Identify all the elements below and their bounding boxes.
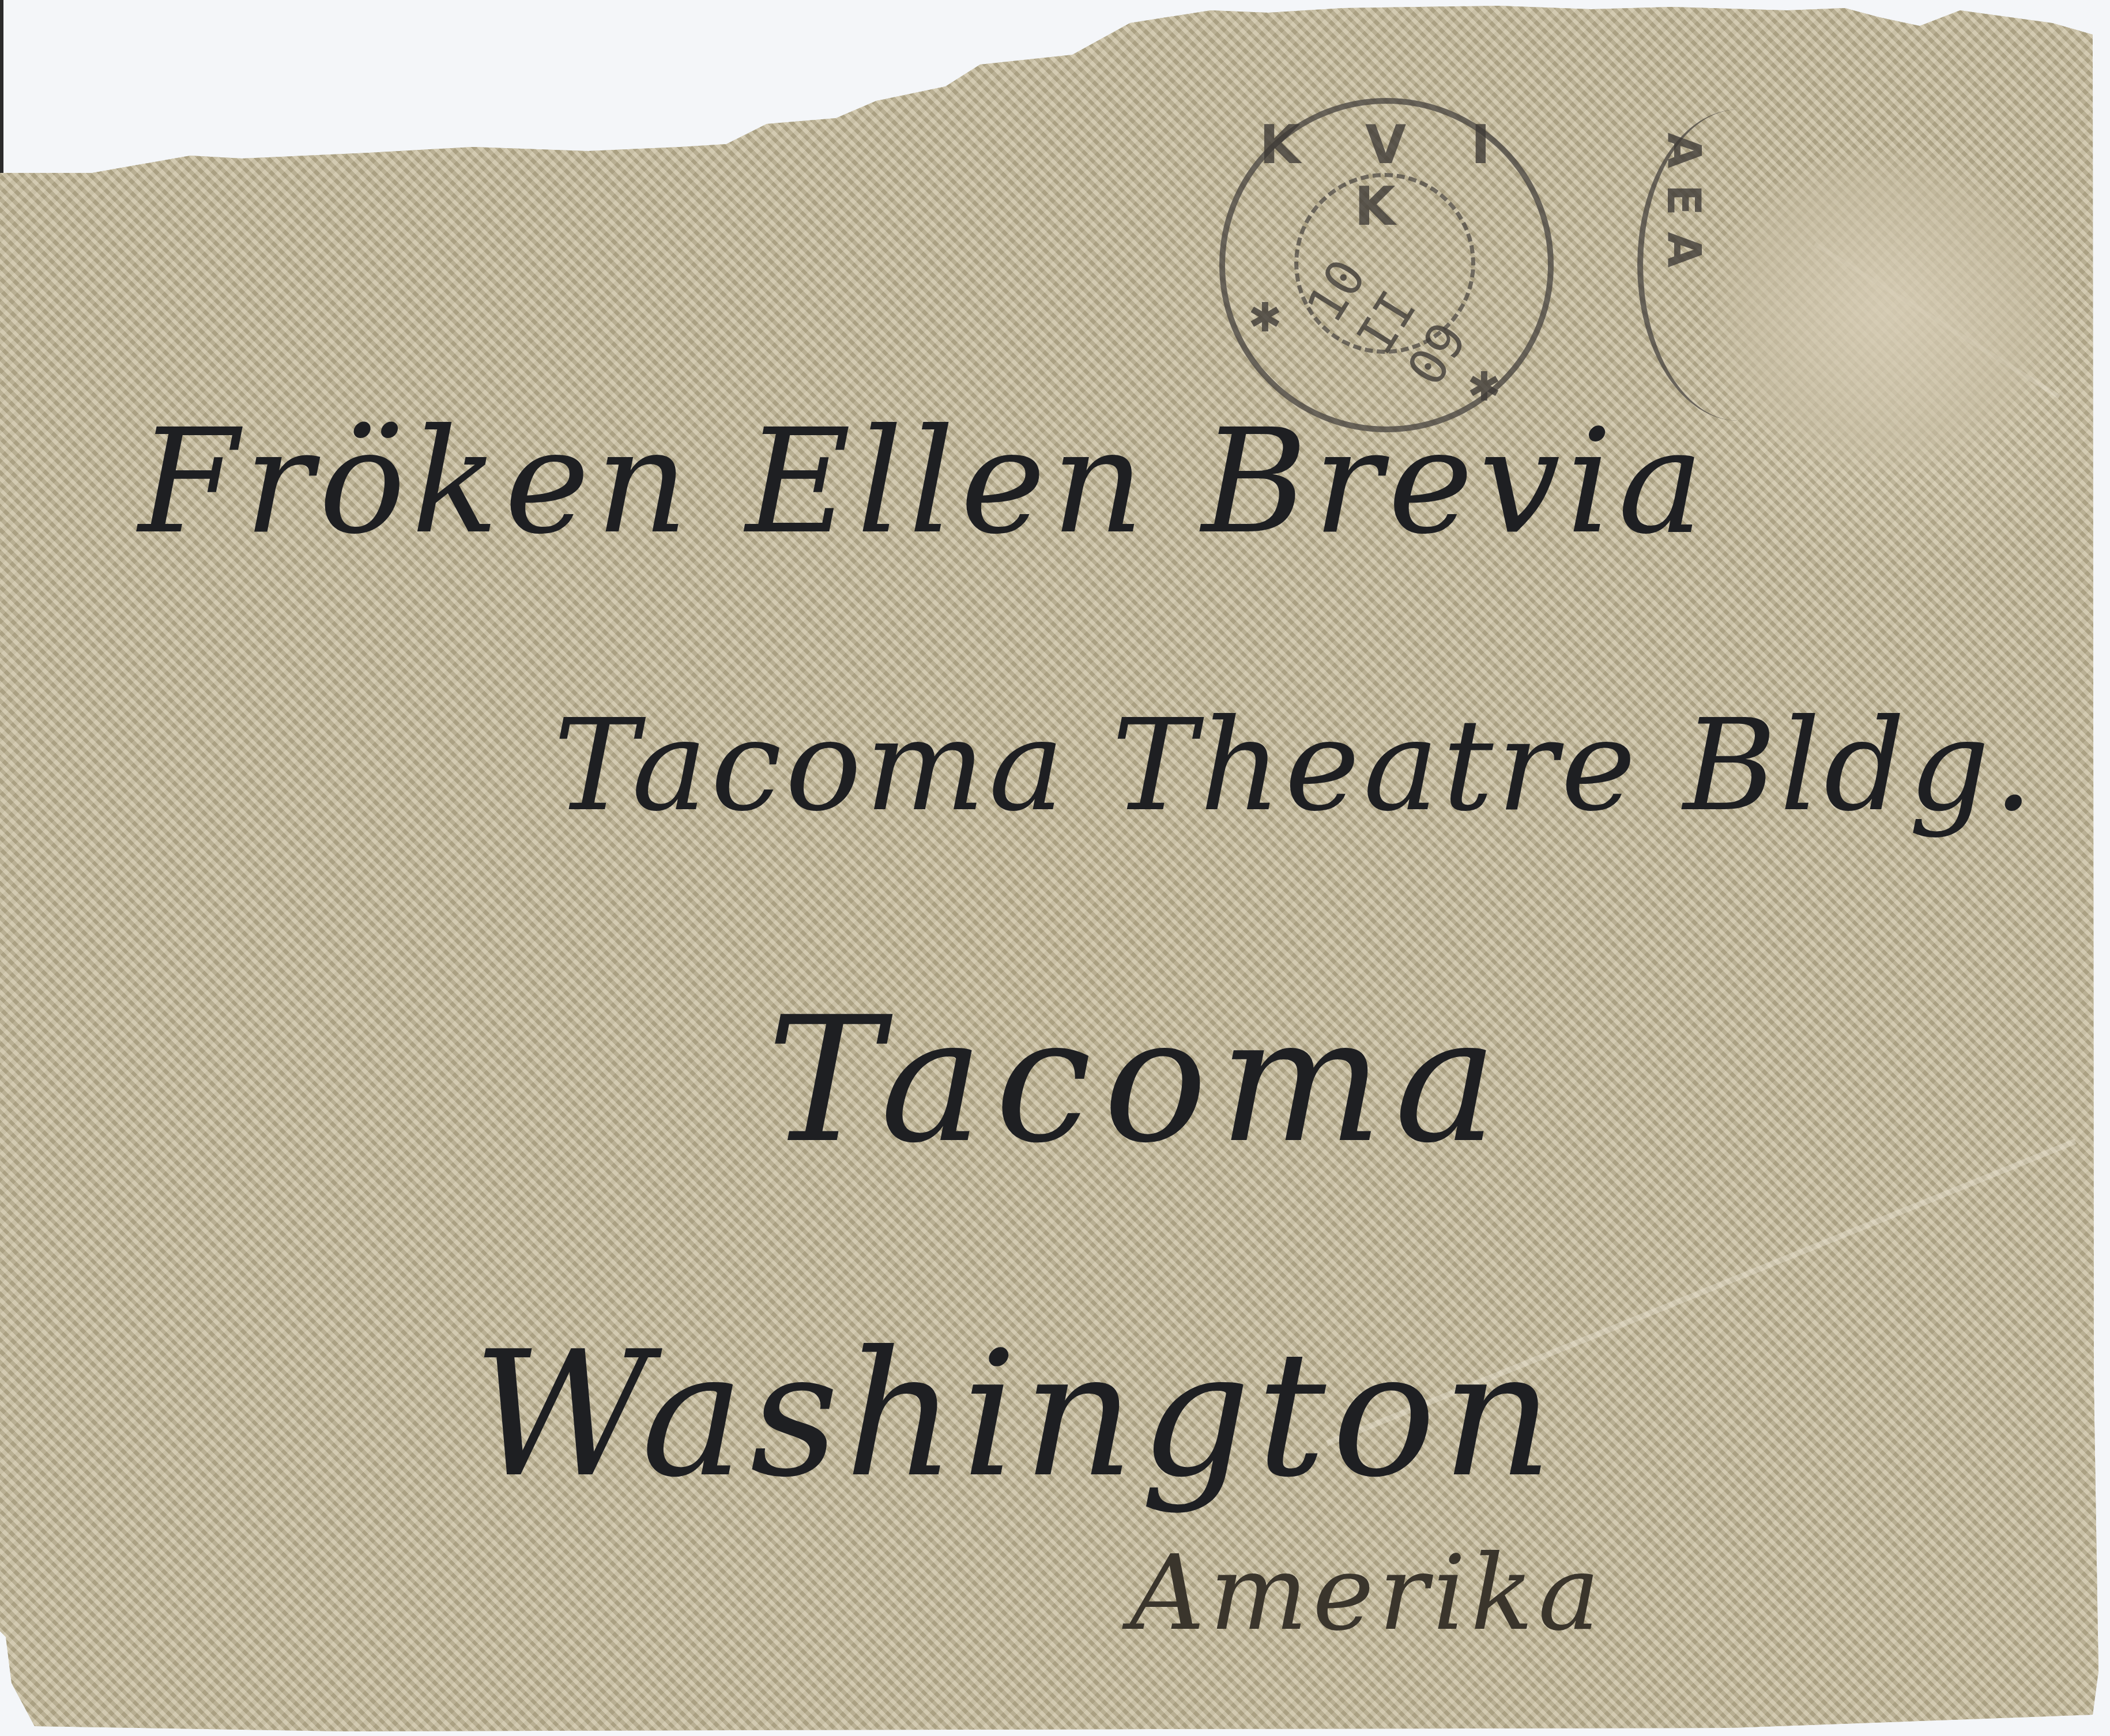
postmark-partial: A E A xyxy=(1637,110,1839,421)
address-street: Tacoma Theatre Bldg. xyxy=(553,692,2037,839)
address-city: Tacoma xyxy=(767,980,1509,1181)
star-icon: ✱ xyxy=(1248,294,1282,341)
address-country: Amerika xyxy=(1130,1533,1604,1654)
addressee-name: Fröken Ellen Brevia xyxy=(138,398,1710,565)
address-state: Washington xyxy=(473,1314,1559,1515)
postmark-cancel: K V I K 10 II 09 ✱ ✱ xyxy=(1219,98,1554,432)
postmark-town: A E A xyxy=(1678,133,1724,267)
